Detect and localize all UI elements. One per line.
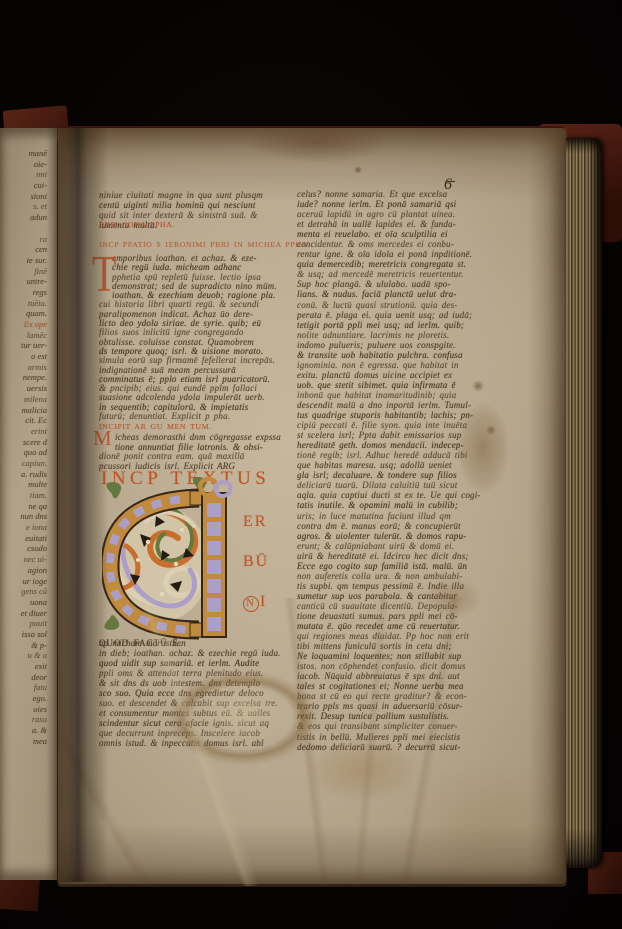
facing-line-fragment: capiun.	[0, 458, 52, 469]
text-line: Ecce ego cogito sup familiā istā. malū. …	[297, 561, 523, 571]
facing-line-fragment: nun dns	[0, 511, 52, 522]
facing-line-fragment: pauit	[0, 618, 52, 629]
text-line: concidentur. & oms mercedes ei conbu-	[297, 239, 523, 249]
facing-line-fragment: uersis	[0, 383, 52, 394]
text-line: tionē regib; isrl. Adhuc heredē adducā t…	[297, 450, 523, 460]
text-line: Sup hoc plangā. & ululabo. uadā spo-	[297, 279, 523, 289]
manuscript-photograph: manēoie-nnicui-sionis. etadunracente sur…	[0, 0, 622, 929]
text-line: aqla. quia captiui ducti st ex te. Ue qu…	[297, 490, 523, 500]
facing-line-fragment: armis	[0, 362, 52, 373]
verbum-letters-er: ER	[243, 513, 303, 553]
facing-line-fragment: gens cū	[0, 586, 52, 597]
facing-line-fragment: & p-	[0, 640, 52, 651]
text-line: iude? nonne ierlm. Et ponā samariā qsi	[297, 199, 523, 209]
facing-line-fragment: ur ioge	[0, 576, 52, 587]
facing-line-fragment: s. et	[0, 201, 52, 212]
facing-line-fragment: issa sol	[0, 629, 52, 640]
text-line: ppli oms & attendat terra plenitudo eius…	[99, 668, 325, 678]
facing-line-fragment: malicia	[0, 405, 52, 416]
text-line: comminatus ē; pplo etiam isrl puaricator…	[99, 375, 325, 384]
text-line: uob. que stetit sibimet. quia infirmata …	[297, 380, 523, 390]
circled-n-letter: N	[243, 596, 259, 612]
facing-line-fragment: agion	[0, 565, 52, 576]
text-line: inbonū que habitat inamaritudinib; quia	[297, 390, 523, 400]
text-line: deliciarū tuarū. Dilata caluitiū tuū sic…	[297, 480, 523, 490]
text-line: qui regiones meas diuidat. Pp hoc non er…	[297, 631, 523, 641]
text-line: tione annuntiat filie latronis. & obsi-	[99, 443, 325, 453]
dropcap-T: T	[92, 248, 116, 300]
micah-text-block: QUOD FACTŪ Ē. ad micham morasthen in die…	[99, 638, 325, 748]
decorated-initial-artwork	[102, 476, 242, 640]
facing-line-fragment: o est	[0, 351, 52, 362]
text-line: indomo pulueris; puluere uos conspgite.	[297, 340, 523, 350]
foliate-sprig-icon	[106, 482, 121, 499]
facing-line-fragment: oie-	[0, 159, 52, 170]
facing-line-fragment: ne qa	[0, 501, 52, 512]
facing-line-fragment: ra	[0, 234, 52, 245]
text-line: filios suos inlicitū igne congregando	[99, 328, 325, 337]
facing-line-fragment: tuēta.	[0, 298, 52, 309]
text-line: emporibus ioathan. et achaz. & eze-	[99, 254, 325, 263]
text-line: celus? nonne samaria. Et que excelsa	[297, 189, 523, 199]
facing-line-fragment: regs	[0, 287, 52, 298]
intro-lines: niniue ciuitati magne in qua sunt plusqm…	[99, 190, 325, 220]
verbum-letters-bu: BŪ	[243, 553, 303, 593]
letter-i: I	[260, 593, 267, 611]
text-line: centū uiginti milia hominū qui nesciunt	[99, 200, 325, 210]
facing-line-fragment: milena	[0, 394, 52, 405]
folio-flourish	[446, 181, 455, 182]
illuminated-initial-V	[102, 476, 242, 640]
text-line: tibi mittens funiculū sortis in cetu dni…	[297, 641, 523, 651]
text-line: descendit malū a dno inportā ierlm. Tumu…	[297, 400, 523, 410]
facing-line-fragment: csodo	[0, 543, 52, 554]
facing-line-fragment: adun	[0, 212, 52, 223]
text-line: rexit. Desup tunica pallium sustulistis.	[297, 711, 523, 721]
text-line-mixed: iumenta multa. EXPL IONA PPHA.	[99, 220, 325, 230]
facing-line-fragment: te sur.	[0, 255, 52, 266]
text-line: st scelera isrl; Ppta dabit emissarios s…	[297, 430, 523, 440]
facing-line-fragment: mea	[0, 736, 52, 747]
text-line: cui historia libri quarti regū. & secund…	[99, 300, 325, 309]
text-line: ioathan. & ezechiam deuob; ragione pla.	[99, 291, 325, 300]
text-line: et consumentur montes subtus eū. & ualle…	[99, 708, 325, 718]
facing-line-fragment: scere d	[0, 437, 52, 448]
text-line: menta ei reuelabo. et oīa sculptilia ei	[297, 229, 523, 239]
text-line: quid sit inter dexterā & sinistrā suā. &	[99, 210, 325, 220]
text-line: lians. & nudus. faciā planctū uelut dra-	[297, 289, 523, 299]
text-line: niniue ciuitati magne in qua sunt plusqm	[99, 190, 325, 200]
text-line: tatis inutile. & opamini malū in cubilib…	[297, 500, 523, 510]
text-line: bona st cū eo qui recte graditur? & econ…	[297, 691, 523, 701]
explicit-jonah-rubric: EXPL IONA PPHA.	[99, 220, 175, 230]
text-line: que habitas maresa. usq; adollā ueniet	[297, 460, 523, 470]
text-line: nolite adnuntiare. lacrimis ne ploretis.	[297, 330, 523, 340]
text-line: suasione adcolenda ydola impulerāt uerb.	[99, 393, 325, 402]
text-line: non auferetis colla ura. & non ambulabi-	[297, 571, 523, 581]
text-line: conū. & luctū quasi strutionū. quia des-	[297, 300, 523, 310]
text-line: hereditatē geth. domos mendacii. indecep…	[297, 440, 523, 450]
text-line: icheas demorasthi dnm cōgregasse expssa	[99, 433, 325, 443]
text-line: & usq; ad mercedē meretricis reuertentur…	[297, 269, 523, 279]
facing-page-line-endings: manēoie-nnicui-sionis. etadunracente sur…	[0, 148, 52, 868]
left-text-column: niniue ciuitati magne in qua sunt plusqm…	[99, 190, 325, 880]
facing-line-fragment: manē	[0, 148, 52, 159]
text-line: tus quadrige stuporis habitantib; lachis…	[297, 410, 523, 420]
facing-line-fragment: et diuer	[0, 608, 52, 619]
text-line: & eos qui transibant simpliciter conuer-	[297, 721, 523, 731]
text-line: & transite uob habitatio pulchra. confus…	[297, 350, 523, 360]
text-line: rentur igne. & oīa idola ei ponā inpditi…	[297, 249, 523, 259]
text-line: suo. et descendet & calcabit sup excelsa…	[99, 698, 325, 708]
text-line: que decurrunt inpreceps. Inscelere iacob	[99, 728, 325, 738]
text-line: cipiū peccati ē. filie syon. quia inte i…	[297, 420, 523, 430]
text-line: aceruū lapidū in agro cū plantat uinea.	[297, 209, 523, 219]
facing-page-edge: manēoie-nnicui-sionis. etadunracente sur…	[0, 128, 57, 880]
text-line: chie regū iuda. micheam adhanc	[99, 263, 325, 272]
right-text-column: celus? nonne samaria. Et que excelsaiude…	[297, 189, 523, 759]
text-line: perata ē. plaga ei. quia uenit usq; ad i…	[297, 310, 523, 320]
text-line: in dieb; ioathan. achaz. & ezechie regū …	[99, 648, 325, 658]
dropcap-M: M	[93, 428, 112, 449]
text-line: scindentur sicut cera afacie ignis. sicu…	[99, 718, 325, 728]
incipit-jerome-rubric: INCP PFATIO S IERONIMI PBRI IN MICHEA PP…	[99, 240, 325, 250]
facing-line-fragment: tiam.	[0, 490, 52, 501]
text-line: ds tempore quoq; isrl. & uisione morato.	[99, 347, 325, 356]
facing-line-fragment: oies	[0, 704, 52, 715]
text-line: uirū & hereditatē ei. Idcirco hec dicit …	[297, 551, 523, 561]
text-line: dionē ponit contra eam. quā maxillā	[99, 452, 325, 462]
text-line: paralipomenon indicat. Achaz ūo dere-	[99, 310, 325, 319]
text-line: indignationē suā meam percussurā	[99, 366, 325, 375]
text-line: omnis istud. & inpeccatis domus isrl. ab…	[99, 738, 325, 748]
text-line: iacob. Nūquid abbreuiatus ē sps dni. aut	[297, 671, 523, 681]
text-line: tetigit portā ppli mei usq; ad ierlm. qu…	[297, 320, 523, 330]
text-line: obtulisse. coluisse constat. Quamobrem	[99, 338, 325, 347]
facing-line-fragment: ego.	[0, 693, 52, 704]
jonah-ending-block: niniue ciuitati magne in qua sunt plusqm…	[99, 190, 325, 250]
facing-line-fragment: exit	[0, 661, 52, 672]
text-line: canticū cū suauitate dicentiū. Depopula-	[297, 601, 523, 611]
text-line: quia demercedib; meretricis congregata s…	[297, 259, 523, 269]
facing-line-fragment: tur uer-	[0, 340, 52, 351]
text-line: exitu. planctū domus uicine accipiet ex	[297, 370, 523, 380]
facing-line-fragment: a. rudis	[0, 469, 52, 480]
text-line: contra dm ē. manus eorū; & concupierūt	[297, 521, 523, 531]
facing-line-fragment: finē	[0, 266, 52, 277]
text-line: tistis in bellū. Mulieres ppli mei eieci…	[297, 732, 523, 742]
facing-line-fragment: a. &	[0, 725, 52, 736]
jerome-prologue-block: emporibus ioathan. et achaz. & eze-chie …	[99, 254, 325, 421]
facing-line-fragment: sioni	[0, 191, 52, 202]
text-line: dedomo deliciarū suarū. ? decurrū sicut-	[297, 742, 523, 752]
text-line: licto deo ydola siriae. de syrie. quib; …	[99, 319, 325, 328]
text-line: erunt; & calūpniabant uirū & domū ei.	[297, 541, 523, 551]
facing-line-fragment: deor	[0, 672, 52, 683]
facing-line-fragment: u & a	[0, 650, 52, 661]
facing-line-fragment: e iona	[0, 522, 52, 533]
facing-line-fragment: quam.	[0, 308, 52, 319]
text-line: ignominia. non ē egressa. que habitat in	[297, 360, 523, 370]
text-line: trario ppls ms quasi in aduersariū cōsur…	[297, 701, 523, 711]
initial-word-red-capitals: ER BŪ NI	[243, 513, 303, 633]
facing-line-fragment: cen	[0, 244, 52, 255]
text-line: in sequentib; capitulorū. & impietatis	[99, 403, 325, 412]
facing-line-fragment	[0, 223, 52, 234]
verbum-letters-dni: NI	[243, 593, 303, 633]
page-edges-stack	[566, 138, 602, 868]
text-line: uris; in luce matutina faciunt illud qm	[297, 511, 523, 521]
facing-line-fragment: fatu	[0, 682, 52, 693]
text-line: quod uidit sup samariā. et ierlm. Audite	[99, 658, 325, 668]
text-line: et detrahā in uallē lapides ei. & funda-	[297, 219, 523, 229]
text-line: & sit dns ds uob intestem. dns detemplo	[99, 678, 325, 688]
facing-line-fragment: cui-	[0, 180, 52, 191]
text-line: tis supbi. qm tempus pessimū ē. Indie il…	[297, 581, 523, 591]
incipit-argumentum-rubric: INCIPIT AR GU MEN TUM.	[99, 422, 325, 431]
facing-line-fragment: erint	[0, 426, 52, 437]
micah-lines: in dieb; ioathan. achaz. & ezechie regū …	[99, 648, 325, 748]
text-line: pphetia spū repletū fuisse. lectio ipsa	[99, 273, 325, 282]
facing-line-fragment: nec ui-	[0, 554, 52, 565]
text-line: demonstrat; sed de supradicto nino mūm.	[99, 282, 325, 291]
facing-line-fragment: rasu	[0, 714, 52, 725]
facing-line-fragment: cit. Ec	[0, 415, 52, 426]
text-line: agros. & uiolenter tulerūt. & domos rapu…	[297, 531, 523, 541]
facing-line-fragment: lamēc	[0, 330, 52, 341]
text-line: istos. non cōphendet confusio. dicit dom…	[297, 661, 523, 671]
facing-line-fragment: uona	[0, 597, 52, 608]
text-line: tione deuastati sumus. pars ppli mei cō-	[297, 611, 523, 621]
facing-line-fragment: quo ad	[0, 447, 52, 458]
text-line: simula eorū sup firmamē fefellerat incre…	[99, 356, 325, 365]
argumentum-block: icheas demorasthi dnm cōgregasse expssat…	[99, 433, 325, 471]
text-line: mutata ē. qūo recedet ame cū reuertatur.	[297, 621, 523, 631]
facing-line-fragment: nni	[0, 169, 52, 180]
text-line: & pncipib; eius. qui eundē pplm fallaci	[99, 384, 325, 393]
facing-line-fragment: euitati	[0, 533, 52, 544]
manuscript-page: 6 niniue ciuitati magne in qua sunt plus…	[58, 126, 566, 884]
facing-line-fragment: Ex ope	[0, 319, 52, 330]
text-line: gla isrl; decaluare. & tondere sup filio…	[297, 470, 523, 480]
facing-line-fragment: nempe.	[0, 372, 52, 383]
text-line: futurū; denuntiat. Explicit p pha.	[99, 412, 325, 421]
text-line: tales st cogitationes ei; Nonne uerba me…	[297, 681, 523, 691]
text-line: sumetur sup uos parabola. & cantabitur	[297, 591, 523, 601]
text-line: Ne loquamini loquentes; non stillabit su…	[297, 651, 523, 661]
facing-line-fragment: multe	[0, 479, 52, 490]
facing-line-fragment: untre-	[0, 276, 52, 287]
text-line: sco suo. Quia ecce dns egredietur deloco	[99, 688, 325, 698]
